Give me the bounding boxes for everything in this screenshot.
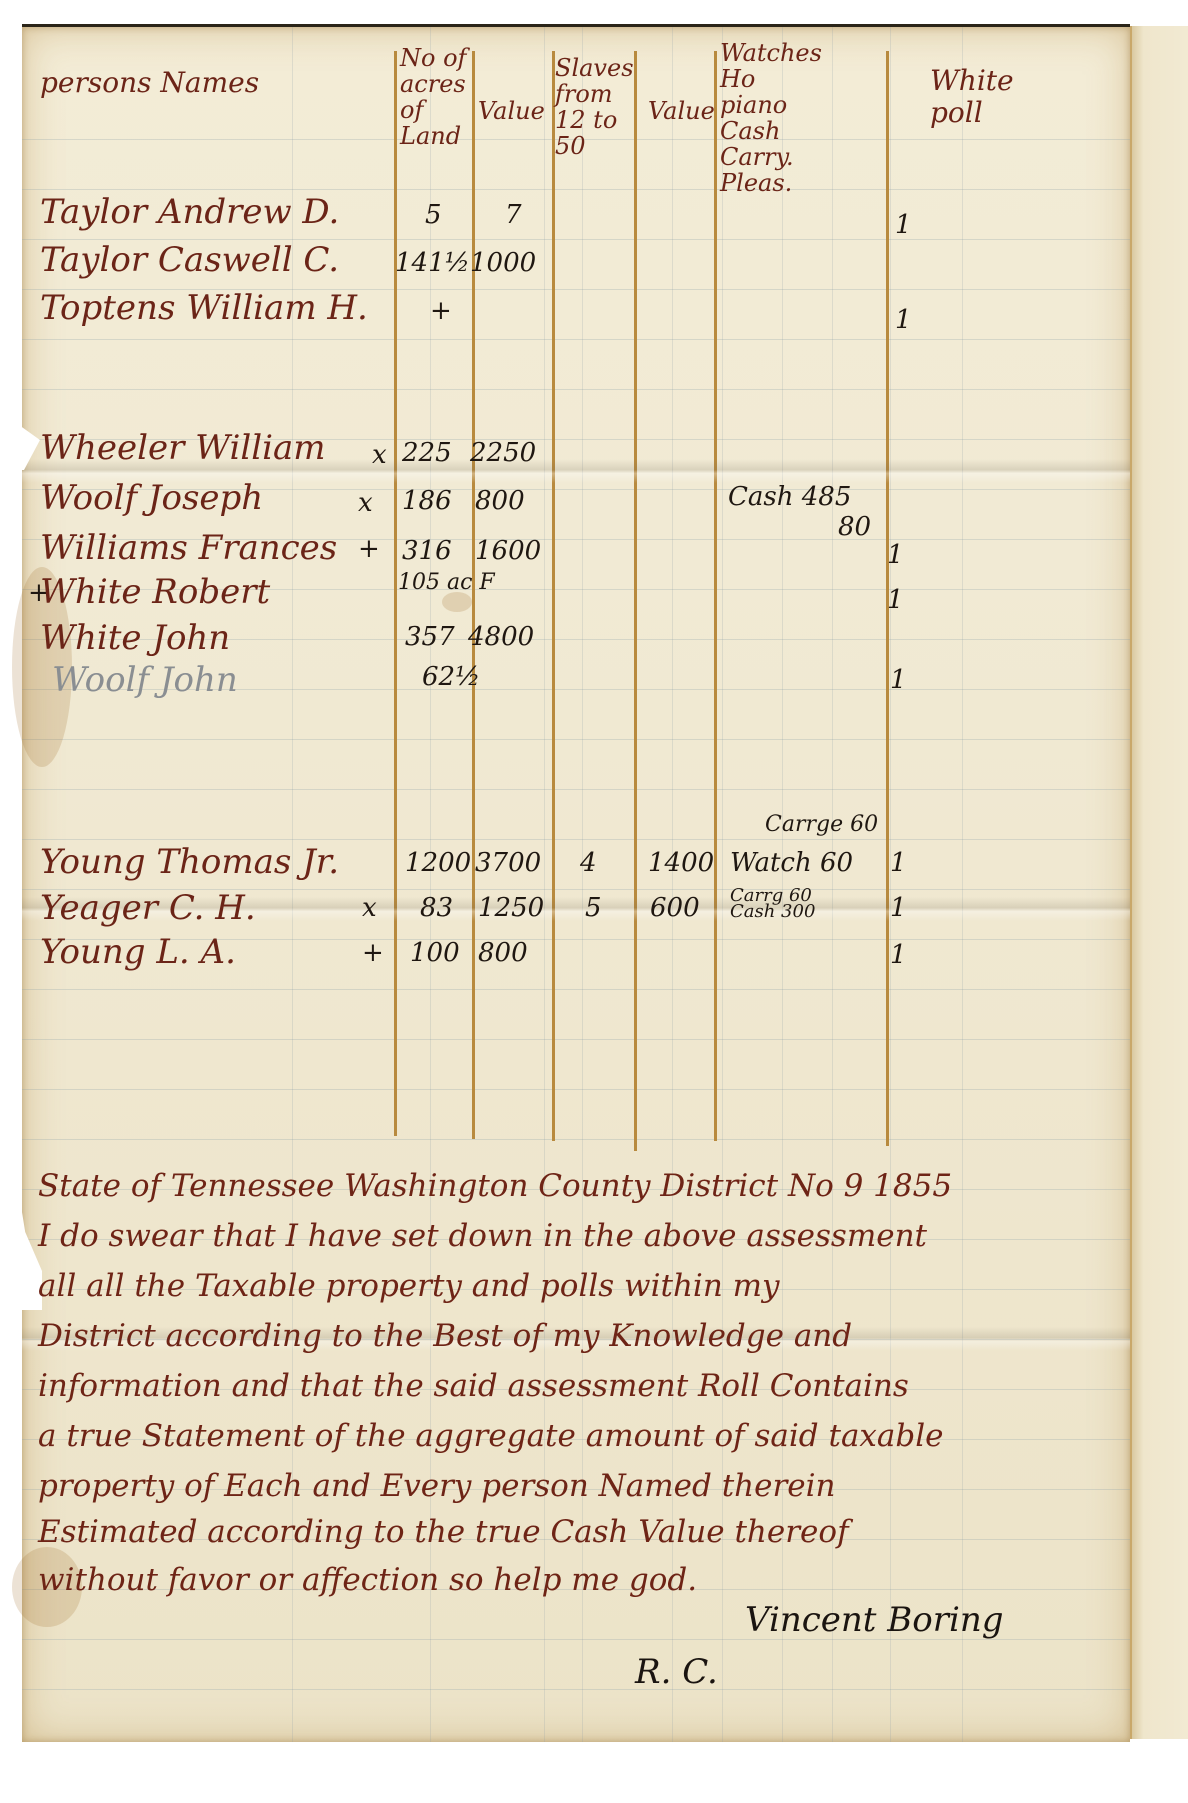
- entry-acres: +: [430, 296, 452, 326]
- header-white-poll-label: White poll: [930, 64, 1014, 129]
- oath-line: without favor or affection so help me go…: [38, 1562, 697, 1598]
- entry-value: 1600: [475, 536, 541, 566]
- entry-name: Toptens William H.: [40, 288, 368, 328]
- signature-title: R. C.: [635, 1652, 718, 1692]
- header-slaves-value: Value: [648, 98, 715, 124]
- header-white-poll: White poll: [930, 65, 1010, 129]
- entry-poll: 1: [890, 940, 907, 970]
- entry-acres: 5: [425, 200, 442, 230]
- entry-acres: 1200: [405, 848, 471, 878]
- signature-name: Vincent Boring: [745, 1600, 1004, 1640]
- entry-slaves: 5: [585, 893, 602, 923]
- entry-other: Watch 60: [730, 848, 853, 878]
- oath-line: Estimated according to the true Cash Val…: [38, 1514, 849, 1550]
- column-rule: [472, 51, 475, 1139]
- header-slaves-label: Slaves from 12 to 50: [555, 54, 634, 160]
- entry-poll: 1: [895, 210, 912, 240]
- entry-poll: 1: [890, 665, 907, 695]
- entry-name: Williams Frances: [40, 528, 337, 568]
- header-acres: No of acres of Land: [400, 45, 470, 149]
- entry-name: Young L. A.: [40, 932, 236, 972]
- entry-name: Taylor Andrew D.: [40, 192, 339, 232]
- entry-acres: 316: [402, 536, 452, 566]
- entry-acres: 100: [410, 938, 460, 968]
- entry-poll: 1: [890, 848, 907, 878]
- entry-value: 7: [505, 200, 522, 230]
- entry-value: 800: [478, 938, 528, 968]
- oath-line: property of Each and Every person Named …: [38, 1468, 836, 1504]
- entry-value: 1000: [470, 248, 536, 278]
- entry-acres: 105 ac F: [398, 570, 495, 595]
- oath-line: I do swear that I have set down in the a…: [38, 1218, 927, 1254]
- oath-line: information and that the said assessment…: [38, 1368, 909, 1404]
- entry-other: Carrg 60 Cash 300: [730, 888, 860, 920]
- header-watches: Watches Ho piano Cash Carry. Pleas.: [720, 40, 820, 196]
- entry-mark: x: [362, 893, 377, 923]
- column-rule: [552, 51, 555, 1141]
- oath-line: all all the Taxable property and polls w…: [38, 1268, 780, 1304]
- entry-poll: 1: [887, 540, 904, 570]
- entry-poll: 1: [887, 585, 904, 615]
- entry-acres: 83: [420, 893, 453, 923]
- entry-name: White John: [40, 618, 230, 658]
- entry-poll: 1: [895, 305, 912, 335]
- header-slaves: Slaves from 12 to 50: [555, 55, 635, 159]
- entry-acres: 225: [402, 438, 452, 468]
- entry-poll: 1: [890, 893, 907, 923]
- entry-mark: +: [358, 534, 380, 564]
- entry-value: 3700: [475, 848, 541, 878]
- entry-name: Woolf Joseph: [40, 478, 263, 518]
- column-rule: [394, 51, 397, 1136]
- header-watches-label: Watches Ho piano Cash Carry. Pleas.: [720, 39, 822, 197]
- header-value: Value: [478, 98, 545, 124]
- entry-name: Yeager C. H.: [40, 888, 256, 928]
- entry-other-note: Carrge 60: [765, 812, 878, 837]
- facing-page-edge: [1130, 26, 1188, 1739]
- entry-acres: 62½: [422, 662, 480, 692]
- entry-acres: 357: [405, 622, 455, 652]
- entry-name: Young Thomas Jr.: [40, 842, 339, 882]
- column-rule: [634, 51, 637, 1151]
- entry-name: Wheeler William: [40, 428, 326, 468]
- oath-line: a true Statement of the aggregate amount…: [38, 1418, 944, 1454]
- entry-name: Taylor Caswell C.: [40, 240, 339, 280]
- entry-slaves-value: 1400: [648, 848, 714, 878]
- entry-value: 800: [475, 486, 525, 516]
- entry-mark: +: [362, 938, 384, 968]
- entry-value: 2250: [470, 438, 536, 468]
- entry-mark: x: [358, 488, 373, 518]
- entry-value: 1250: [478, 893, 544, 923]
- entry-name: Woolf John: [52, 660, 238, 700]
- entry-acres: 186: [402, 486, 452, 516]
- header-acres-label: No of acres of Land: [400, 44, 466, 150]
- entry-slaves-value: 600: [650, 893, 700, 923]
- entry-other-note: 80: [838, 512, 871, 542]
- entry-value: 4800: [468, 622, 534, 652]
- entry-acres: 141½: [395, 248, 470, 278]
- column-rule: [714, 51, 717, 1141]
- oath-line: State of Tennessee Washington County Dis…: [38, 1168, 952, 1204]
- oath-line: District according to the Best of my Kno…: [38, 1318, 852, 1354]
- entry-other: Cash 485: [728, 482, 851, 512]
- header-persons-names: persons Names: [40, 70, 259, 96]
- entry-slaves: 4: [580, 848, 597, 878]
- entry-mark: x: [372, 440, 387, 470]
- entry-name: White Robert: [40, 572, 270, 612]
